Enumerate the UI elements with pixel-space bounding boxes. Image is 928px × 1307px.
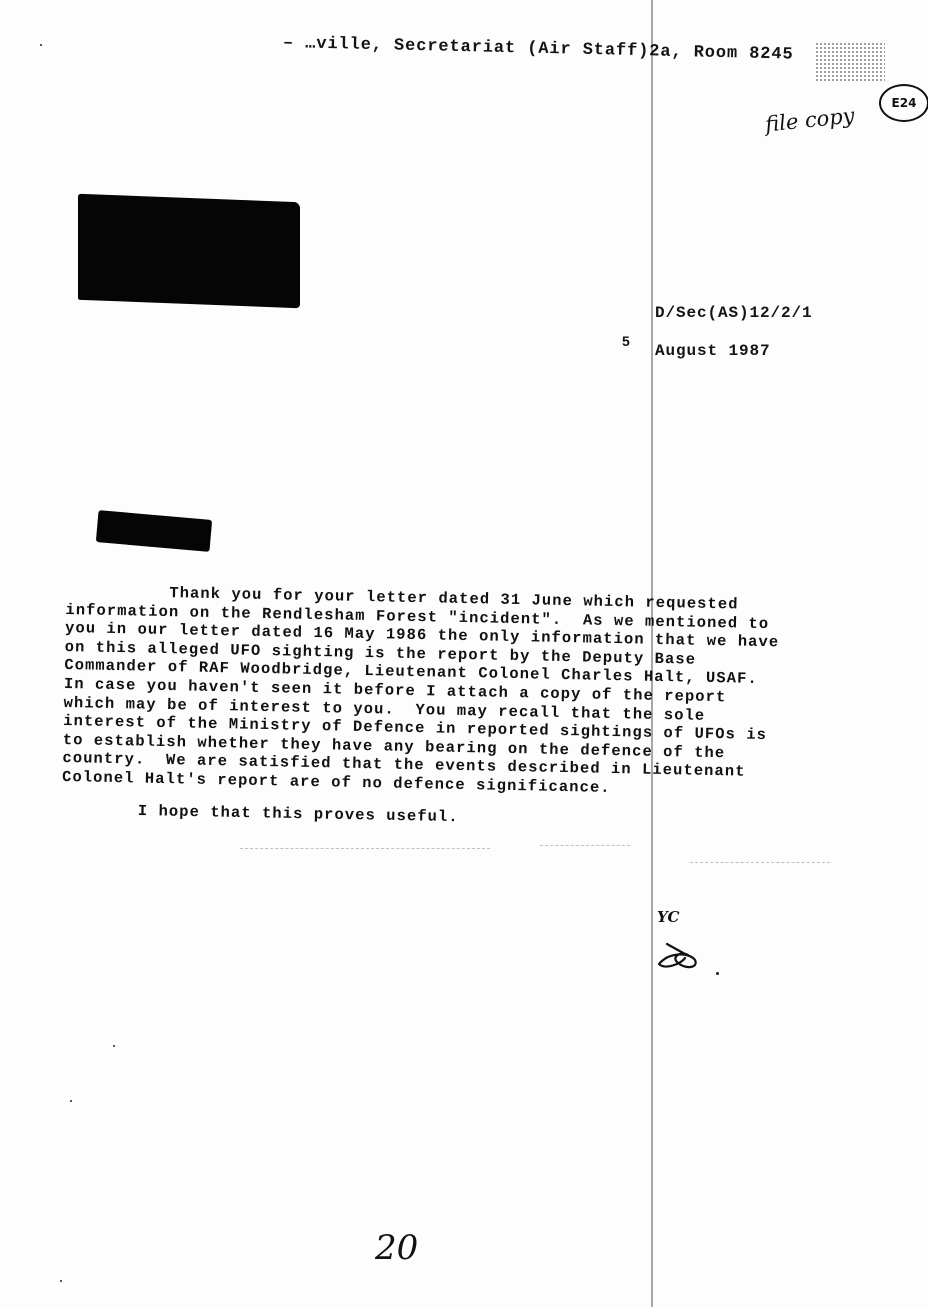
page-number: 20 bbox=[375, 1228, 418, 1268]
scan-noise bbox=[815, 42, 885, 82]
reference-stamp: E24 bbox=[879, 84, 928, 122]
letter-body: Thank you for your letter dated 31 June … bbox=[62, 582, 866, 803]
signature-scribble-icon bbox=[655, 940, 703, 976]
handwritten-date-day: 5 bbox=[622, 333, 631, 349]
signature-initials: YC bbox=[657, 908, 679, 926]
redacted-salutation bbox=[96, 510, 212, 552]
scan-dot bbox=[40, 44, 42, 46]
scan-dot bbox=[716, 972, 719, 975]
redacted-recipient-address bbox=[78, 194, 300, 309]
scan-artifact bbox=[240, 848, 490, 850]
letter-date: August 1987 bbox=[655, 342, 771, 360]
scan-dot bbox=[70, 1100, 72, 1102]
scan-artifact bbox=[540, 845, 630, 847]
reference-number: D/Sec(AS)12/2/1 bbox=[655, 304, 813, 322]
letter-page: – …ville, Secretariat (Air Staff)2a, Roo… bbox=[0, 0, 928, 1307]
scan-artifact bbox=[690, 862, 830, 864]
closing-line: I hope that this proves useful. bbox=[138, 802, 459, 826]
sender-header: – …ville, Secretariat (Air Staff)2a, Roo… bbox=[283, 34, 794, 65]
scan-dot bbox=[113, 1045, 115, 1047]
handwritten-file-copy-note: file copy bbox=[764, 103, 856, 136]
scan-dot bbox=[60, 1280, 62, 1282]
